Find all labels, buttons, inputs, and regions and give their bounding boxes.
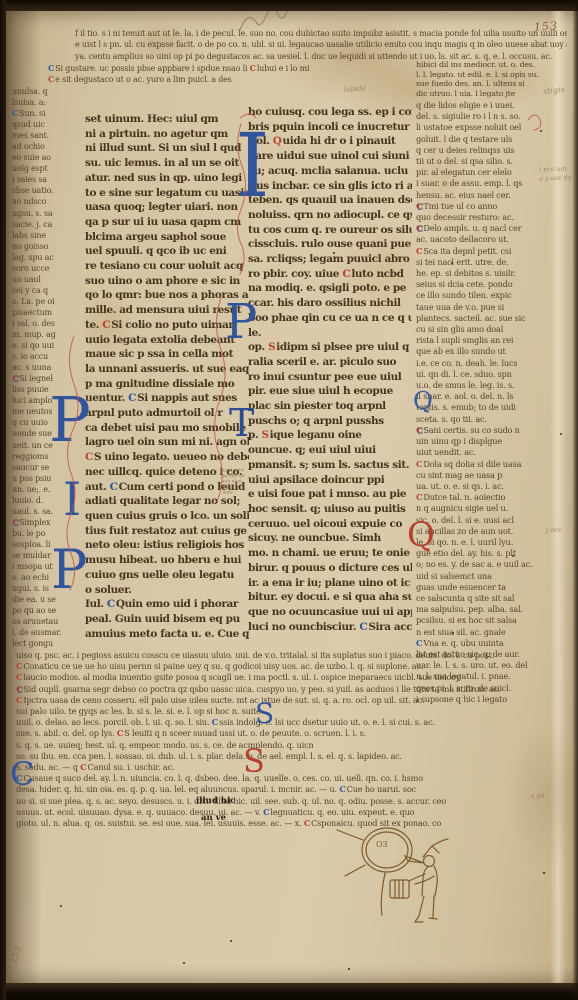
marginal-note: s pn bbox=[531, 792, 545, 800]
drawing-label: O3 bbox=[376, 840, 388, 849]
marginal-note: lapide bbox=[344, 84, 366, 93]
book-edge-right bbox=[573, 0, 578, 1000]
marginal-note: y bot bbox=[545, 526, 561, 534]
marginal-note: o y uot dy bbox=[539, 173, 572, 182]
pen-flourishes bbox=[0, 0, 578, 1000]
book-edge-bottom bbox=[0, 983, 578, 1000]
manuscript-photo: 153 f il tio. s i ni tenuit aut ut le. l… bbox=[0, 0, 578, 1000]
book-edge-top bbox=[0, 0, 578, 11]
marginal-note: an ve bbox=[201, 813, 226, 823]
book-edge-left bbox=[0, 0, 6, 1000]
margin-drawing-man-with-horn: O3 bbox=[335, 818, 455, 943]
marginal-note: illud hic bbox=[196, 796, 235, 806]
marginal-note: i pra uot bbox=[539, 165, 567, 174]
